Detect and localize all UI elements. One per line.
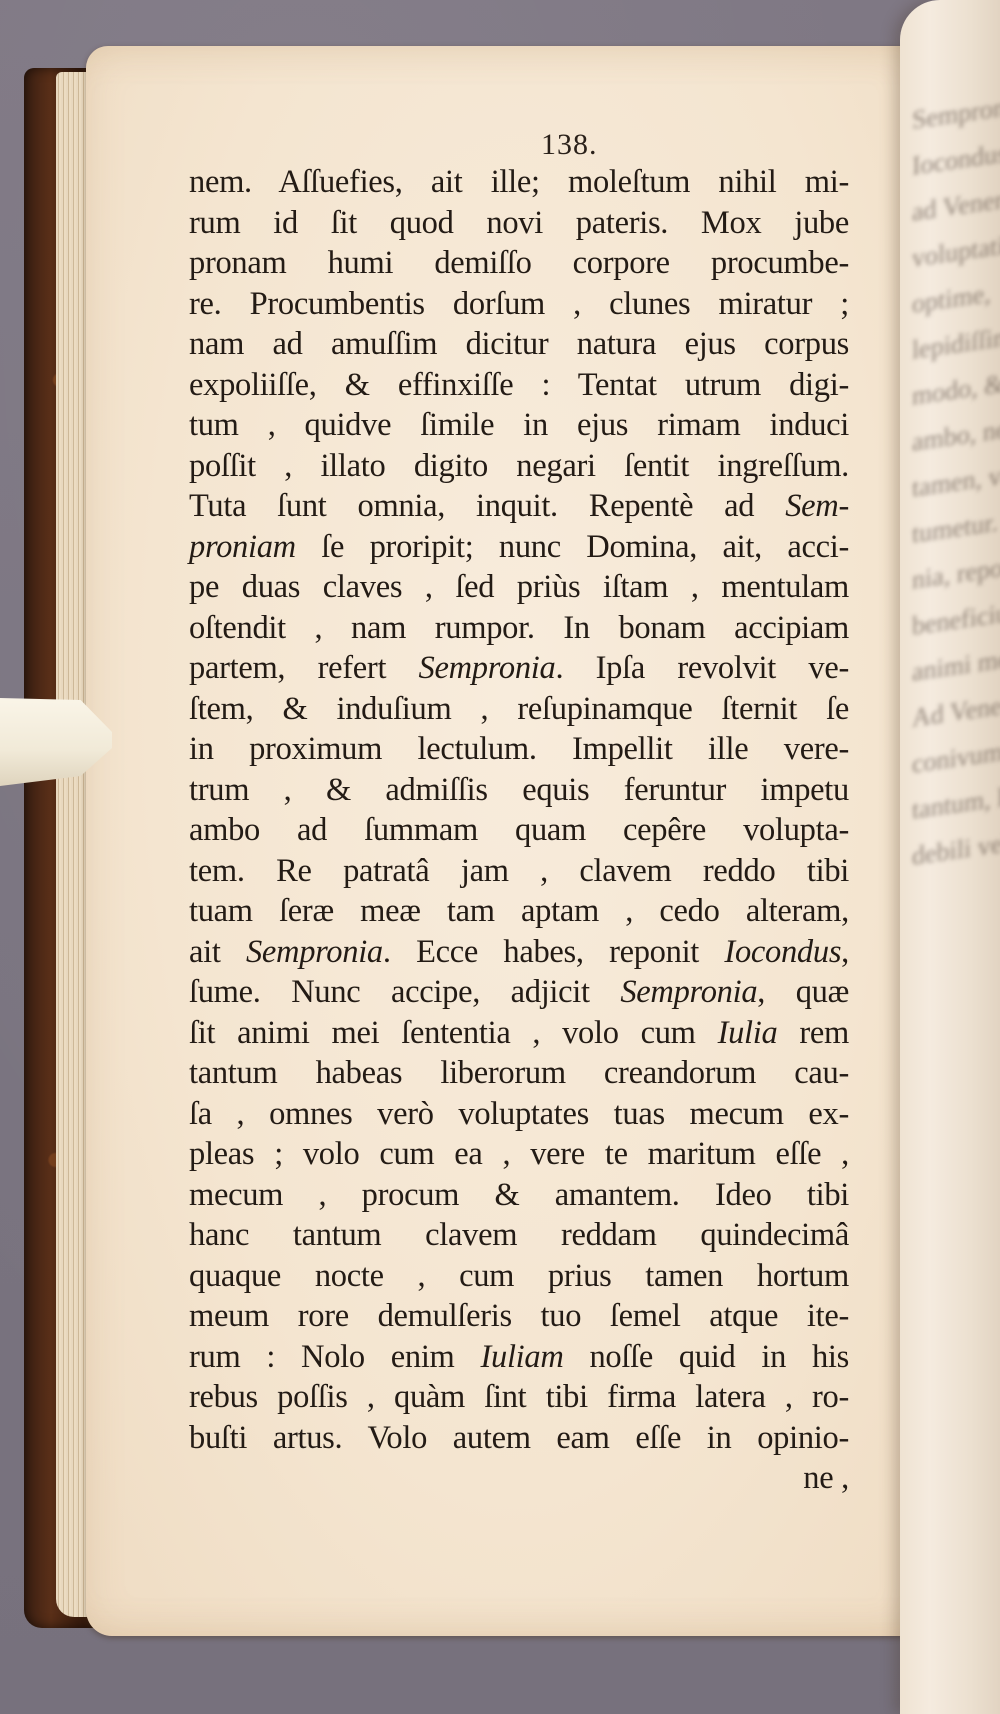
text-line: ſa , omnes verò voluptates tuas mecum ex… — [189, 1094, 849, 1135]
text-line: ſtem, & induſium , reſupinamque ſternit … — [189, 689, 849, 730]
text-line: tuam ſeræ meæ tam aptam , cedo alteram, — [189, 891, 849, 932]
text-segment: rum id ſit quod novi pateris. Mox jube — [189, 205, 849, 241]
text-segment: ait — [189, 934, 246, 970]
italic-name: Iuliam — [480, 1339, 563, 1375]
text-line: ſume. Nunc accipe, adjicit Sempronia, qu… — [189, 972, 849, 1013]
text-segment: partem, refert — [189, 650, 419, 686]
text-segment: rem — [777, 1015, 849, 1051]
text-line: nam ad amuſſim dicitur natura ejus corpu… — [189, 324, 849, 365]
text-line: meum rore demulſeris tuo ſemel atque ite… — [189, 1296, 849, 1337]
italic-name: Iulia — [718, 1015, 778, 1051]
text-line: Tuta ſunt omnia, inquit. Repentè ad Sem- — [189, 486, 849, 527]
text-line: tem. Re patratâ jam , clavem reddo tibi — [189, 851, 849, 892]
text-segment: pe duas claves , ſed priùs iſtam , mentu… — [189, 569, 849, 605]
text-segment: ſa , omnes verò voluptates tuas mecum ex… — [189, 1096, 849, 1132]
text-line: trum , & admiſſis equis feruntur impetu — [189, 770, 849, 811]
text-segment: nem. Aſſuefies, ait ille; moleſtum nihil… — [189, 164, 849, 200]
text-segment: quaque nocte , cum prius tamen hortum — [189, 1258, 849, 1294]
text-segment: nam ad amuſſim dicitur natura ejus corpu… — [189, 326, 849, 362]
text-segment: re. Procumbentis dorſum , clunes miratur… — [189, 286, 849, 322]
italic-name: Sem- — [785, 488, 849, 524]
text-segment: , — [841, 934, 849, 970]
italic-name: Sempronia — [620, 974, 757, 1010]
text-segment: rebus poſſis , quàm ſint tibi firma late… — [189, 1379, 849, 1415]
body-text: nem. Aſſuefies, ait ille; moleſtum nihil… — [189, 162, 849, 1499]
facing-page-curl: Sempronia,Iocondus, autad Veneremvolupta… — [900, 0, 1000, 1714]
text-line: in proximum lectulum. Impellit ille vere… — [189, 729, 849, 770]
text-line: pleas ; volo cum ea , vere te maritum eſ… — [189, 1134, 849, 1175]
text-line: expoliiſſe, & effinxiſſe : Tentat utrum … — [189, 365, 849, 406]
text-line: rum : Nolo enim Iuliam noſſe quid in his — [189, 1337, 849, 1378]
text-segment: poſſit , illato digito negari ſentit ing… — [189, 448, 849, 484]
text-segment: ambo ad ſummam quam cepêre volupta- — [189, 812, 849, 848]
text-line: proniam ſe proripit; nunc Domina, ait, a… — [189, 527, 849, 568]
text-segment: ſe proripit; nunc Domina, ait, acci- — [296, 529, 849, 565]
text-line: ſit animi mei ſententia , volo cum Iulia… — [189, 1013, 849, 1054]
text-segment: buſti artus. Volo autem eam eſſe in opin… — [189, 1420, 849, 1456]
text-segment: pleas ; volo cum ea , vere te maritum eſ… — [189, 1136, 849, 1172]
text-line: partem, refert Sempronia. Ipſa revolvit … — [189, 648, 849, 689]
facing-page-text-blurred: Sempronia,Iocondus, autad Veneremvolupta… — [912, 82, 1000, 879]
text-line: tum , quidve ſimile in ejus rimam induci — [189, 405, 849, 446]
catchword: ne , — [189, 1458, 849, 1499]
text-line: oſtendit , nam rumpor. In bonam accipiam — [189, 608, 849, 649]
text-line: ambo ad ſummam quam cepêre volupta- — [189, 810, 849, 851]
text-segment: , quæ — [757, 974, 849, 1010]
text-segment: tum , quidve ſimile in ejus rimam induci — [189, 407, 849, 443]
text-line: rum id ſit quod novi pateris. Mox jube — [189, 203, 849, 244]
text-segment: noſſe quid in his — [564, 1339, 849, 1375]
text-segment: trum , & admiſſis equis feruntur impetu — [189, 772, 849, 808]
text-line: buſti artus. Volo autem eam eſſe in opin… — [189, 1418, 849, 1459]
text-line: re. Procumbentis dorſum , clunes miratur… — [189, 284, 849, 325]
text-line: hanc tantum clavem reddam quindecimâ — [189, 1215, 849, 1256]
text-line: pe duas claves , ſed priùs iſtam , mentu… — [189, 567, 849, 608]
text-segment: tuam ſeræ meæ tam aptam , cedo alteram, — [189, 893, 849, 929]
text-segment: meum rore demulſeris tuo ſemel atque ite… — [189, 1298, 849, 1334]
text-segment: hanc tantum clavem reddam quindecimâ — [189, 1217, 849, 1253]
text-line: tantum habeas liberorum creandorum cau- — [189, 1053, 849, 1094]
italic-name: proniam — [189, 529, 296, 565]
text-segment: . Ecce habes, reponit — [383, 934, 725, 970]
book-page: 138. nem. Aſſuefies, ait ille; moleſtum … — [86, 46, 946, 1636]
text-segment: expoliiſſe, & effinxiſſe : Tentat utrum … — [189, 367, 849, 403]
text-line: nem. Aſſuefies, ait ille; moleſtum nihil… — [189, 162, 849, 203]
text-line: poſſit , illato digito negari ſentit ing… — [189, 446, 849, 487]
text-line: rebus poſſis , quàm ſint tibi firma late… — [189, 1377, 849, 1418]
text-line: pronam humi demiſſo corpore procumbe- — [189, 243, 849, 284]
text-segment: in proximum lectulum. Impellit ille vere… — [189, 731, 849, 767]
italic-name: Sempronia — [246, 934, 383, 970]
text-segment: mecum , procum & amantem. Ideo tibi — [189, 1177, 849, 1213]
text-segment: oſtendit , nam rumpor. In bonam accipiam — [189, 610, 849, 646]
text-line: ait Sempronia. Ecce habes, reponit Iocon… — [189, 932, 849, 973]
text-segment: pronam humi demiſſo corpore procumbe- — [189, 245, 849, 281]
text-segment: . Ipſa revolvit ve- — [555, 650, 849, 686]
text-line: quaque nocte , cum prius tamen hortum — [189, 1256, 849, 1297]
text-segment: ſume. Nunc accipe, adjicit — [189, 974, 620, 1010]
text-line: mecum , procum & amantem. Ideo tibi — [189, 1175, 849, 1216]
text-segment: tem. Re patratâ jam , clavem reddo tibi — [189, 853, 849, 889]
text-segment: ſtem, & induſium , reſupinamque ſternit … — [189, 691, 849, 727]
text-segment: rum : Nolo enim — [189, 1339, 480, 1375]
italic-name: Sempronia — [419, 650, 556, 686]
text-segment: ſit animi mei ſententia , volo cum — [189, 1015, 718, 1051]
page-number: 138. — [541, 128, 598, 162]
italic-name: Iocondus — [724, 934, 841, 970]
text-segment: tantum habeas liberorum creandorum cau- — [189, 1055, 849, 1091]
text-segment: Tuta ſunt omnia, inquit. Repentè ad — [189, 488, 785, 524]
